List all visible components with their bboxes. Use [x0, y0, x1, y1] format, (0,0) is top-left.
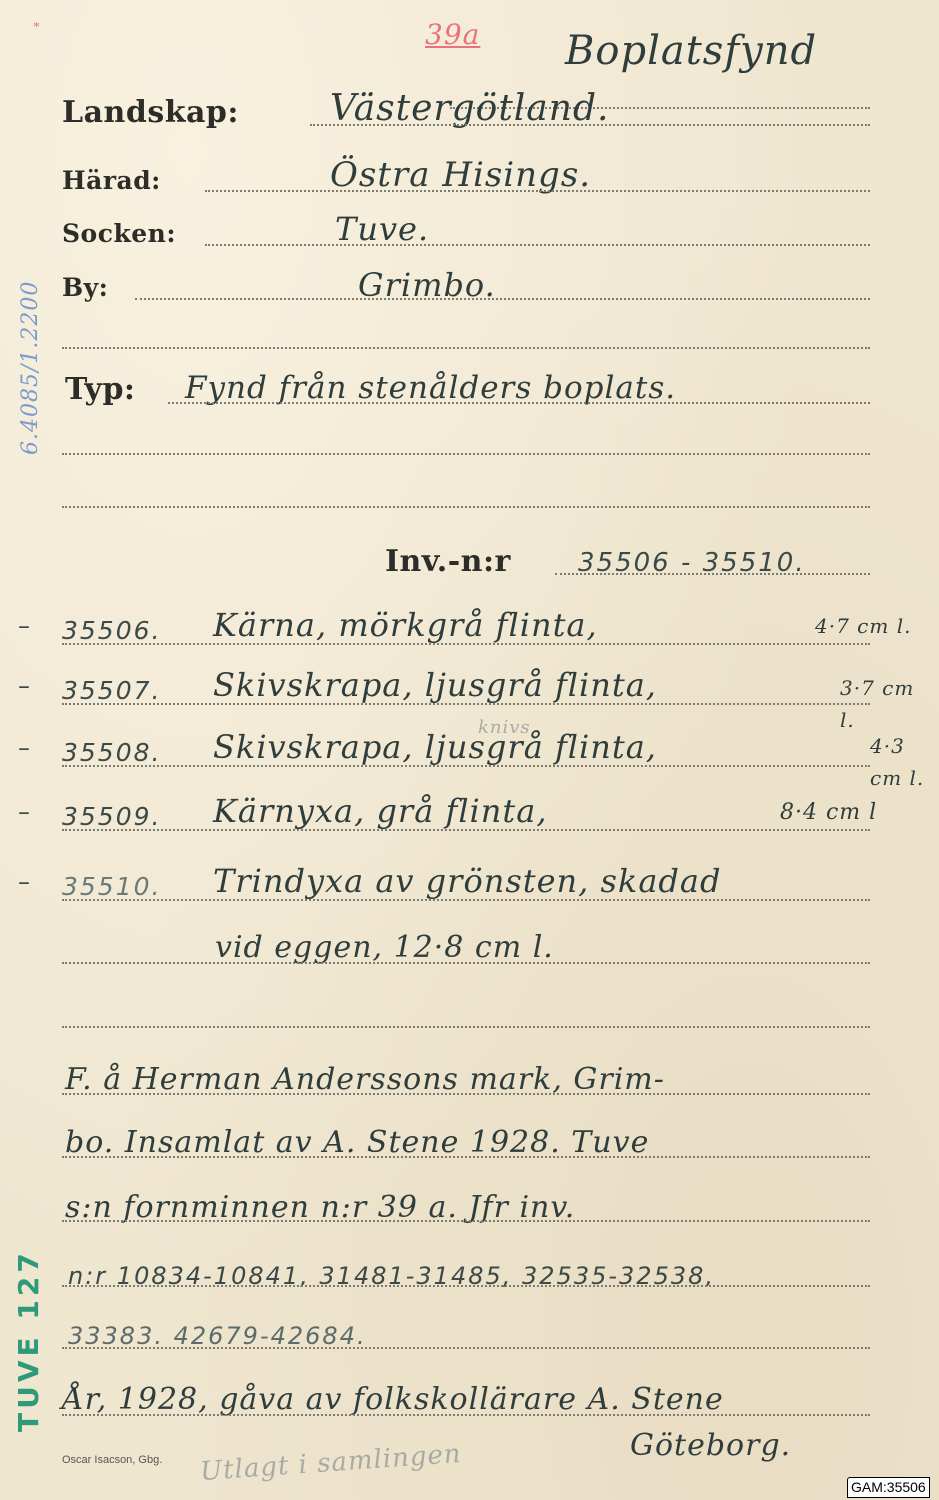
item-number: 35509. [62, 802, 161, 831]
item-line [62, 899, 870, 901]
margin-blue-number: 6.4085/1.2200 [18, 281, 43, 455]
printer-imprint: Oscar Isacson, Gbg. [62, 1454, 162, 1466]
typ-label: Typ: [65, 372, 136, 407]
card-title: Boplatsfynd [565, 28, 817, 74]
margin-stamp: TUVE 127 [12, 1249, 45, 1432]
pencil-note: Utlagt i samlingen [199, 1439, 462, 1487]
note-underline [62, 1285, 870, 1287]
note-line: F. å Herman Anderssons mark, Grim- [65, 1062, 665, 1097]
note-underline [62, 1220, 870, 1222]
socken-line [205, 244, 870, 246]
item-description: Kärnyxa, grå flinta, [213, 792, 548, 830]
note-underline [62, 1093, 870, 1095]
item-line [62, 703, 870, 705]
item-description: Skivskrapa, ljusgrå flinta, [213, 666, 657, 704]
landskap-label: Landskap: [62, 95, 239, 130]
item-size: 8·4 cm l [780, 800, 877, 825]
red-reference: 39a [425, 18, 480, 51]
item-number: 35508. [62, 738, 161, 767]
by-line [135, 298, 870, 300]
item-description: Trindyxa av grönsten, skadad [213, 862, 721, 900]
harad-line [205, 190, 870, 192]
item-description: Kärna, mörkgrå flinta, [213, 606, 598, 644]
item-size: 4·7 cm l. [815, 614, 911, 638]
item-continuation: vid eggen, 12·8 cm l. [215, 930, 554, 965]
item-line [62, 829, 870, 831]
socken-label: Socken: [62, 219, 176, 248]
acquisition-line: År, 1928, gåva av folkskollärare A. Sten… [62, 1382, 724, 1417]
blank-line-2 [62, 453, 870, 455]
item-line [62, 765, 870, 767]
blank-line-1 [62, 347, 870, 349]
item-tick-mark: – [18, 734, 30, 762]
item-tick-mark: – [18, 672, 30, 700]
note-line: bo. Insamlat av A. Stene 1928. Tuve [65, 1125, 649, 1160]
inv-label: Inv.-n:r [385, 544, 511, 579]
item-number: 35506. [62, 616, 161, 645]
item-description: Skivskrapa, ljusgrå flinta, [213, 728, 657, 766]
note-underline [62, 1347, 870, 1349]
acquisition-underline [62, 1414, 870, 1416]
item-tick-mark: – [18, 798, 30, 826]
item-line [62, 962, 870, 964]
item-tick-mark: – [18, 612, 30, 640]
red-mark: * [33, 20, 40, 36]
typ-line [168, 402, 870, 404]
harad-value: Östra Hisings. [330, 155, 591, 195]
landskap-value: Västergötland. [330, 88, 609, 129]
item-number: 35510. [62, 872, 161, 901]
item-size: 4·3 cm l. [870, 730, 930, 794]
item-line [62, 643, 870, 645]
inv-line [555, 573, 870, 575]
landskap-line [310, 124, 870, 126]
item-tick-mark: – [18, 868, 30, 896]
catalog-id-label: GAM:35506 [847, 1477, 930, 1498]
acquisition-city: Göteborg. [630, 1428, 791, 1463]
note-underline [62, 1156, 870, 1158]
blank-line-4 [62, 1026, 870, 1028]
by-label: By: [62, 273, 108, 302]
blank-line-3 [62, 506, 870, 508]
typ-value: Fynd från stenålders boplats. [185, 370, 676, 406]
harad-label: Härad: [62, 166, 161, 195]
socken-value: Tuve. [335, 210, 429, 248]
note-line: 33383. 42679-42684. [68, 1322, 367, 1350]
item-number: 35507. [62, 676, 161, 705]
